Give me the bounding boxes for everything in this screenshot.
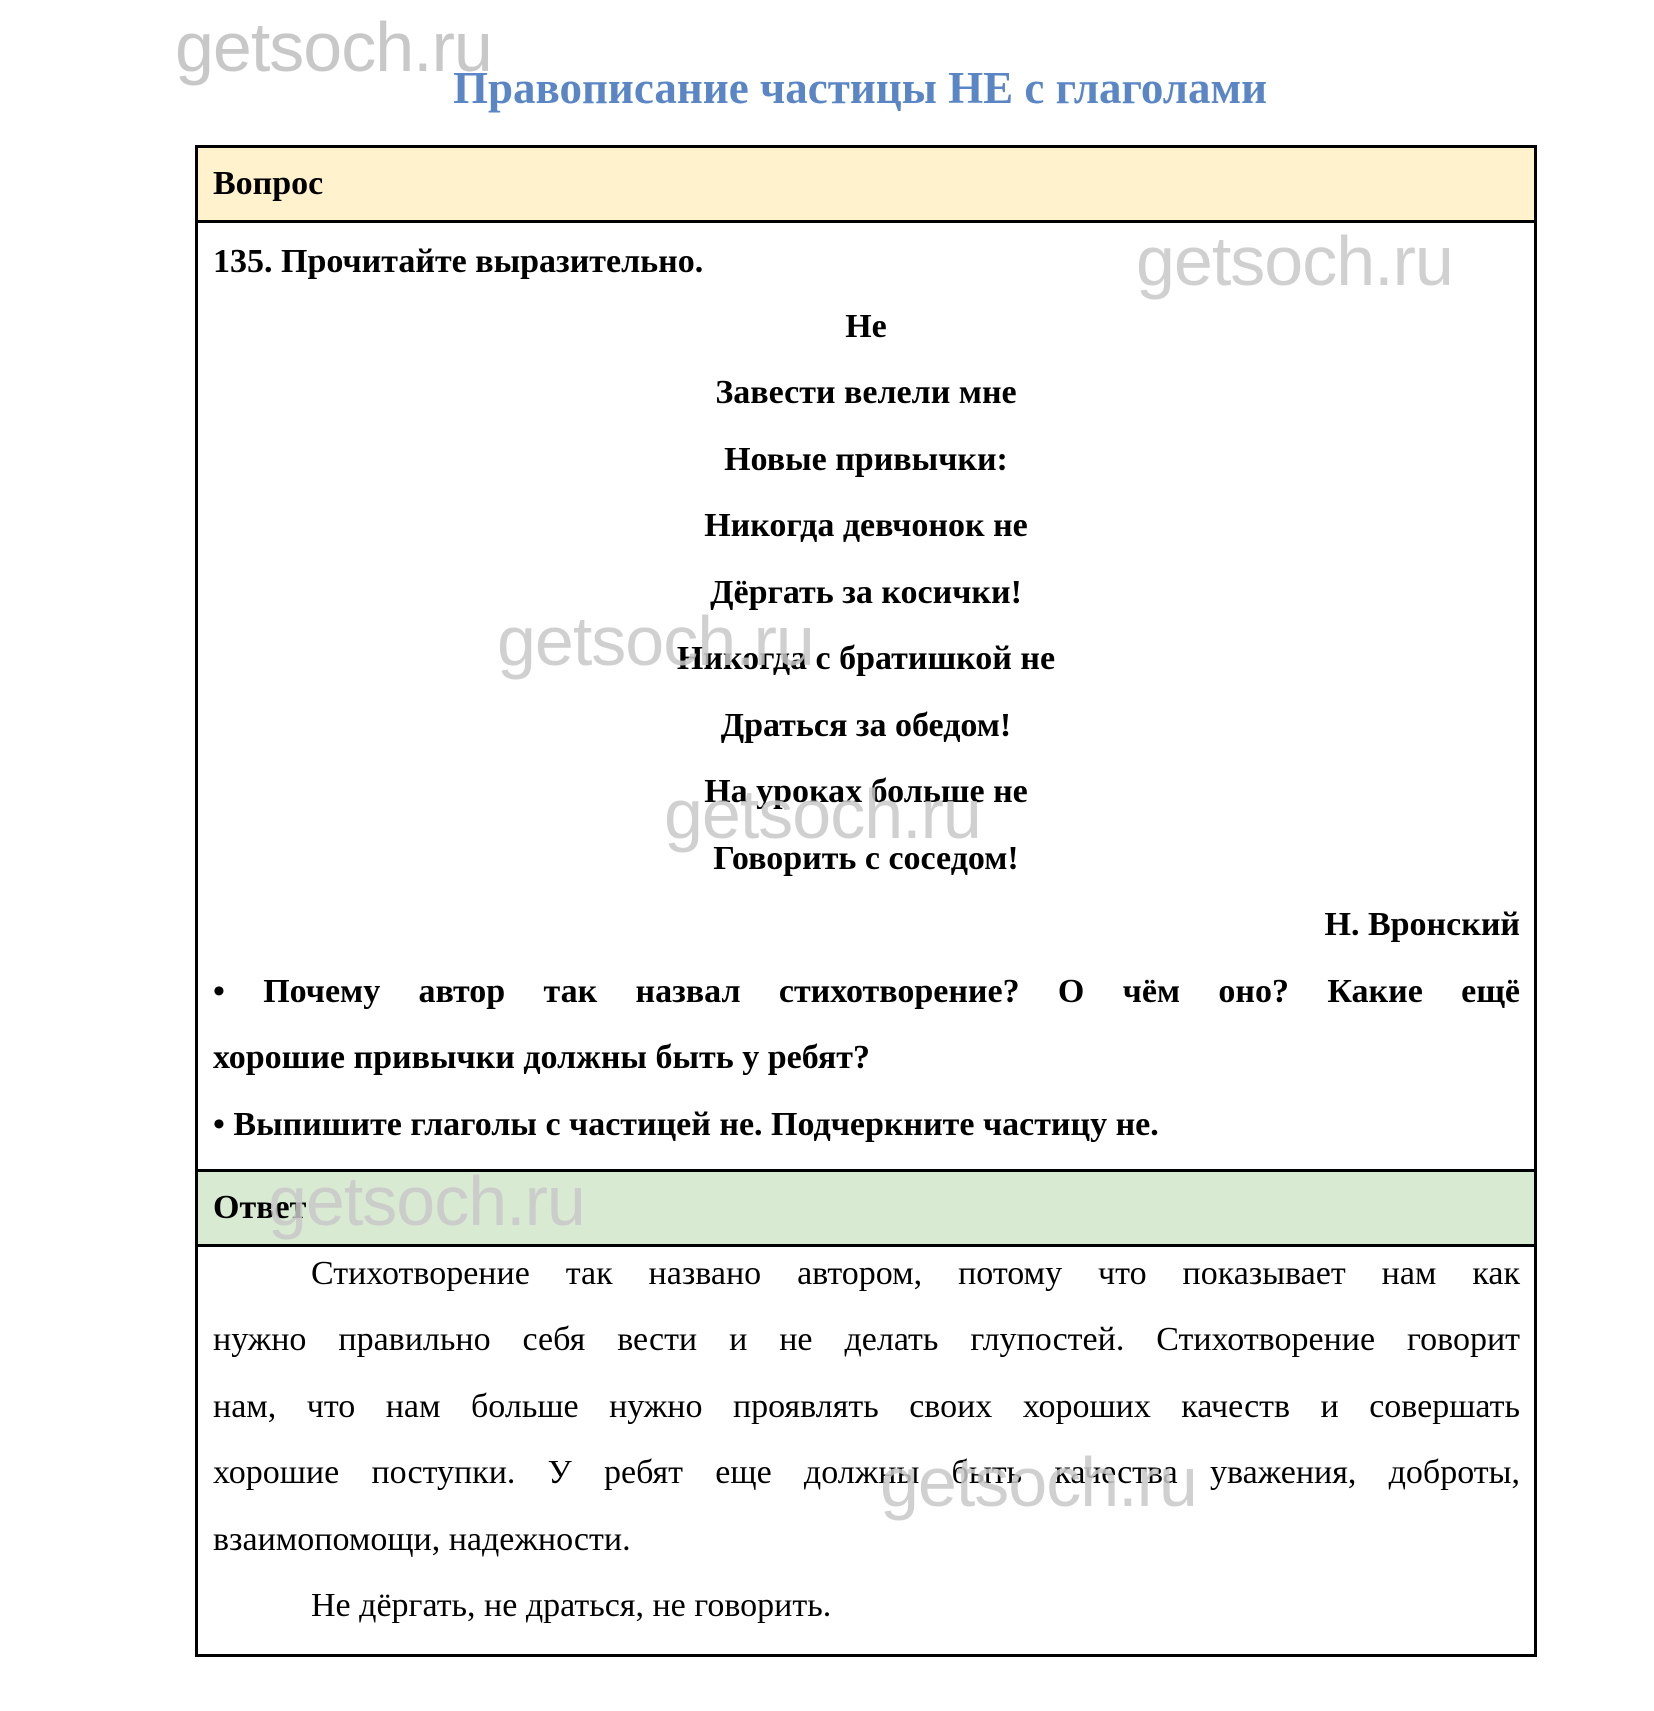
- watermark: getsoch.ru: [268, 1166, 585, 1236]
- answer-line: хорошие поступки. У ребят еще должны быт…: [213, 1453, 1520, 1493]
- poem-line: Дёргать за косички!: [198, 573, 1534, 613]
- bullet-question-2: • Выпишите глаголы с частицей не. Подчер…: [213, 1105, 1159, 1145]
- poem-line: Новые привычки:: [198, 440, 1534, 480]
- question-header: Вопрос: [198, 148, 1534, 223]
- qa-table: Вопрос 135. Прочитайте выразительно. Не …: [195, 145, 1537, 1657]
- answer-line: нужно правильно себя вести и не делать г…: [213, 1320, 1520, 1360]
- task-text: 135. Прочитайте выразительно.: [213, 242, 703, 282]
- watermark: getsoch.ru: [1136, 226, 1453, 296]
- poem-line: Не: [198, 307, 1534, 347]
- question-header-label: Вопрос: [213, 165, 323, 203]
- poem-line: Никогда девчонок не: [198, 506, 1534, 546]
- bullet-question-1: • Почему автор так назвал стихотворение?…: [213, 972, 1520, 1012]
- page-title: Правописание частицы НЕ с глаголами: [0, 62, 1654, 114]
- watermark: getsoch.ru: [664, 779, 981, 849]
- poem-author: Н. Вронский: [1325, 905, 1520, 945]
- poem-line: Завести велели мне: [198, 373, 1534, 413]
- watermark: getsoch.ru: [497, 606, 814, 676]
- answer-line: взаимопомощи, надежности.: [213, 1520, 631, 1560]
- watermark: getsoch.ru: [880, 1447, 1197, 1517]
- bullet-question-1-cont: хорошие привычки должны быть у ребят?: [213, 1038, 870, 1078]
- answer-verbs-line: Не дёргать, не драться, не говорить.: [311, 1586, 831, 1626]
- poem-line: Никогда с братишкой не: [198, 639, 1534, 679]
- answer-line: Стихотворение так названо автором, потом…: [311, 1254, 1520, 1294]
- answer-line: нам, что нам больше нужно проявлять свои…: [213, 1387, 1520, 1427]
- poem-line: Драться за обедом!: [198, 706, 1534, 746]
